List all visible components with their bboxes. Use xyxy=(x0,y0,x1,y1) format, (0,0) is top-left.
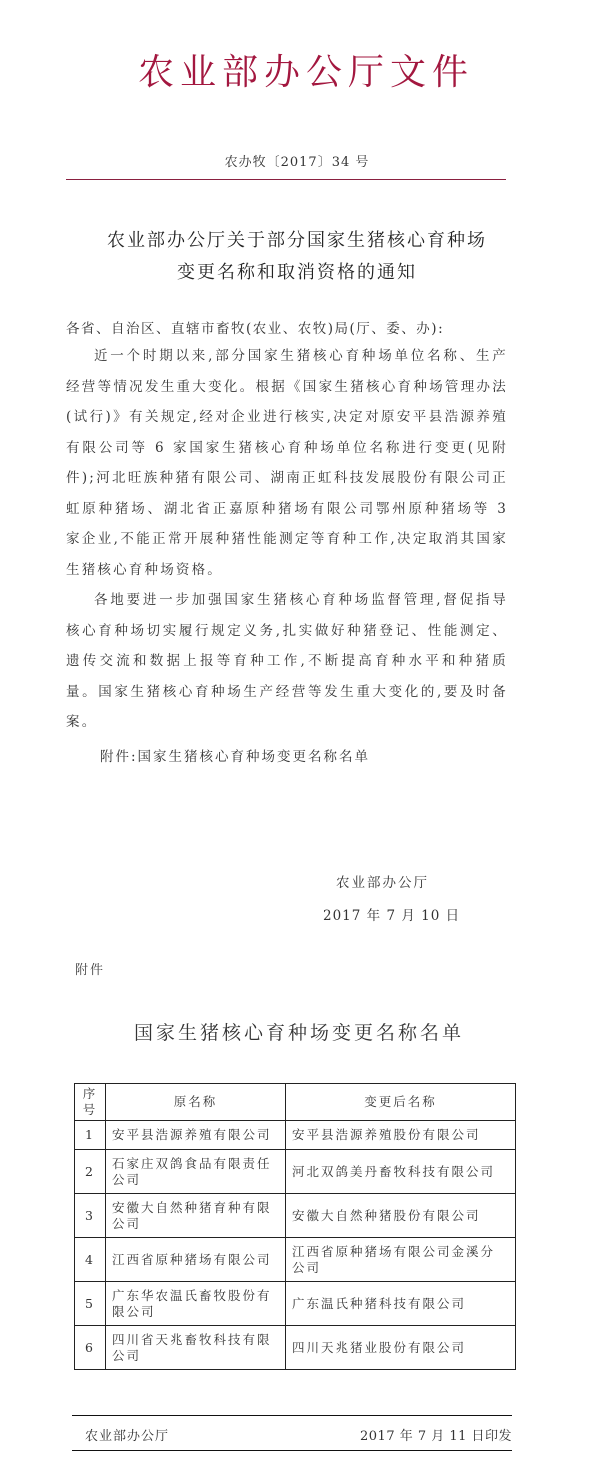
salutation: 各省、自治区、直辖市畜牧(农业、农牧)局(厅、委、办): xyxy=(66,317,444,337)
table-header-row: 序号 原名称 变更后名称 xyxy=(75,1084,516,1121)
notice-title: 农业部办公厅关于部分国家生猪核心育种场 变更名称和取消资格的通知 xyxy=(0,225,594,289)
footer-print-date: 2017 年 7 月 11 日印发 xyxy=(360,1425,512,1444)
document-number: 农办牧〔2017〕34 号 xyxy=(0,151,594,170)
row-number: 4 xyxy=(75,1238,106,1282)
footer-divider-top xyxy=(72,1415,512,1416)
new-name: 江西省原种猪场有限公司金溪分公司 xyxy=(286,1238,516,1282)
header-new-name: 变更后名称 xyxy=(286,1084,516,1121)
table-row: 5 广东华农温氏畜牧股份有限公司 广东温氏种猪科技有限公司 xyxy=(75,1282,516,1326)
table-row: 6 四川省天兆畜牧科技有限公司 四川天兆猪业股份有限公司 xyxy=(75,1326,516,1370)
annex-title: 国家生猪核心育种场变更名称名单 xyxy=(0,1018,594,1045)
original-name: 广东华农温氏畜牧股份有限公司 xyxy=(106,1282,286,1326)
notice-title-line-1: 农业部办公厅关于部分国家生猪核心育种场 xyxy=(0,225,594,257)
table-row: 2 石家庄双鸽食品有限责任公司 河北双鸽美丹畜牧科技有限公司 xyxy=(75,1150,516,1194)
attachment-reference: 附件:国家生猪核心育种场变更名称名单 xyxy=(100,745,370,765)
new-name: 安徽大自然种猪股份有限公司 xyxy=(286,1194,516,1238)
new-name: 四川天兆猪业股份有限公司 xyxy=(286,1326,516,1370)
original-name: 安徽大自然种猪育种有限公司 xyxy=(106,1194,286,1238)
row-number: 1 xyxy=(75,1121,106,1150)
header-divider xyxy=(66,179,506,180)
notice-title-line-2: 变更名称和取消资格的通知 xyxy=(0,257,594,289)
new-name: 河北双鸽美丹畜牧科技有限公司 xyxy=(286,1150,516,1194)
table-row: 1 安平县浩源养殖有限公司 安平县浩源养殖股份有限公司 xyxy=(75,1121,516,1150)
paragraph-text: 各地要进一步加强国家生猪核心育种场监督管理,督促指导核心育种场切实履行规定义务,… xyxy=(66,585,508,738)
header-original-name: 原名称 xyxy=(106,1084,286,1121)
footer-organization: 农业部办公厅 xyxy=(85,1425,169,1444)
document-header-title: 农业部办公厅文件 xyxy=(0,44,594,95)
signature-date: 2017 年 7 月 10 日 xyxy=(323,904,460,924)
table-row: 3 安徽大自然种猪育种有限公司 安徽大自然种猪股份有限公司 xyxy=(75,1194,516,1238)
paragraph-text: 近一个时期以来,部分国家生猪核心育种场单位名称、生产经营等情况发生重大变化。根据… xyxy=(66,341,508,585)
original-name: 安平县浩源养殖有限公司 xyxy=(106,1121,286,1150)
name-change-table: 序号 原名称 变更后名称 1 安平县浩源养殖有限公司 安平县浩源养殖股份有限公司… xyxy=(74,1083,516,1370)
footer-divider-bottom xyxy=(72,1450,512,1451)
body-paragraph-2: 各地要进一步加强国家生猪核心育种场监督管理,督促指导核心育种场切实履行规定义务,… xyxy=(66,585,508,738)
table-row: 4 江西省原种猪场有限公司 江西省原种猪场有限公司金溪分公司 xyxy=(75,1238,516,1282)
body-paragraph-1: 近一个时期以来,部分国家生猪核心育种场单位名称、生产经营等情况发生重大变化。根据… xyxy=(66,341,508,585)
header-number: 序号 xyxy=(75,1084,106,1121)
annex-label: 附件 xyxy=(75,959,105,978)
new-name: 广东温氏种猪科技有限公司 xyxy=(286,1282,516,1326)
original-name: 江西省原种猪场有限公司 xyxy=(106,1238,286,1282)
row-number: 3 xyxy=(75,1194,106,1238)
row-number: 5 xyxy=(75,1282,106,1326)
signature-organization: 农业部办公厅 xyxy=(336,871,429,891)
row-number: 6 xyxy=(75,1326,106,1370)
original-name: 石家庄双鸽食品有限责任公司 xyxy=(106,1150,286,1194)
original-name: 四川省天兆畜牧科技有限公司 xyxy=(106,1326,286,1370)
new-name: 安平县浩源养殖股份有限公司 xyxy=(286,1121,516,1150)
row-number: 2 xyxy=(75,1150,106,1194)
